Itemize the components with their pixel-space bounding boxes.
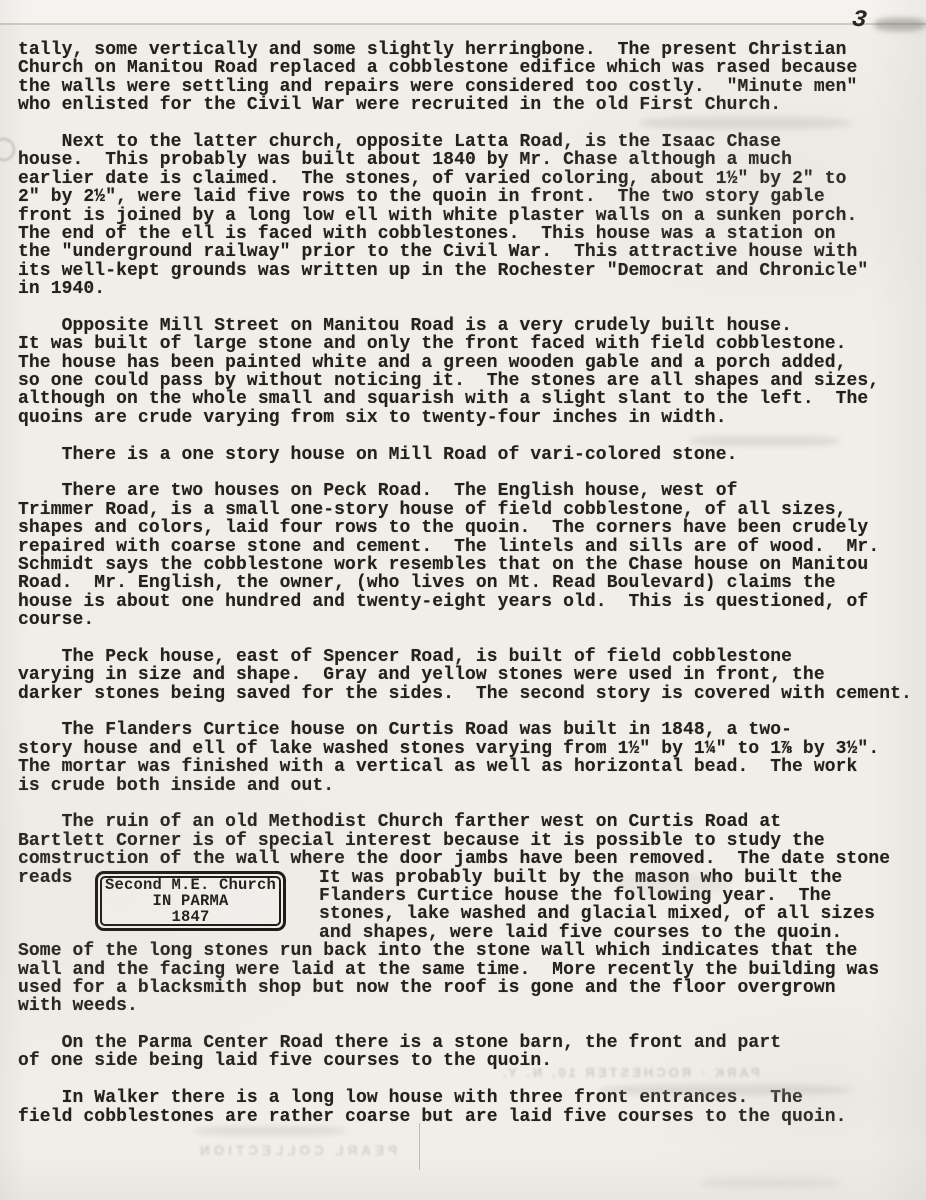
text-line: Road. Mr. English, the owner, (who lives…	[18, 574, 914, 592]
text-line: the "underground railway" prior to the C…	[18, 243, 914, 261]
text-line: house is about one hundred and twenty-ei…	[18, 593, 914, 611]
paragraph: The Flanders Curtice house on Curtis Roa…	[18, 721, 914, 795]
smudge-artifact	[690, 436, 840, 446]
text-line-content: Trimmer Road, is a small one-story house…	[18, 500, 847, 520]
text-line-content: The ruin of an old Methodist Church fart…	[18, 812, 781, 832]
smudge-artifact	[195, 1127, 345, 1135]
text-line-content: Next to the latter church, opposite Latt…	[18, 132, 781, 152]
text-line-content: so one could pass by without noticing it…	[18, 371, 879, 391]
text-line-content: its well-kept grounds was written up in …	[18, 261, 868, 281]
text-line-content: Opposite Mill Street on Manitou Road is …	[18, 316, 792, 336]
text-line: Bartlett Corner is of special interest b…	[18, 832, 914, 850]
text-line: On the Parma Center Road there is a ston…	[18, 1034, 914, 1052]
text-line-content: stones, lake washed and glacial mixed, o…	[319, 904, 875, 924]
text-line: so one could pass by without noticing it…	[18, 372, 914, 390]
text-line-content: The Peck house, east of Spencer Road, is…	[18, 647, 792, 667]
datestone-line-year: 1847	[171, 909, 209, 925]
text-line-content: the "underground railway" prior to the C…	[18, 242, 857, 262]
text-line: Trimmer Road, is a small one-story house…	[18, 501, 914, 519]
bleedthrough-stamp-collection: PEARL COLLECTION	[196, 1143, 397, 1158]
text-line-content: On the Parma Center Road there is a ston…	[18, 1033, 781, 1053]
text-line: Schmidt says the cobblestone work resemb…	[18, 556, 914, 574]
datestone-inscription: Second M.E. Church IN PARMA 1847	[100, 876, 281, 926]
text-line-content: tally, some vertically and some slightly…	[18, 40, 847, 60]
scan-corner-smear	[874, 18, 926, 31]
datestone-box: Second M.E. Church IN PARMA 1847	[95, 871, 286, 931]
text-line-content: It was built of large stone and only the…	[18, 334, 847, 354]
text-line-content: house. This probably was built about 184…	[18, 150, 792, 170]
text-line: The mortar was finished with a vertical …	[18, 758, 914, 776]
text-line-content: and shapes, were laid five courses to th…	[319, 923, 842, 943]
text-line-content: repaired with coarse stone and cement. T…	[18, 537, 879, 557]
text-line-content: wall and the facing were laid at the sam…	[18, 960, 879, 980]
text-line: although on the whole small and squarish…	[18, 390, 914, 408]
text-line: There is a one story house on Mill Road …	[18, 446, 914, 464]
text-line-content: 2" by 2½", were laid five rows to the qu…	[18, 187, 825, 207]
text-line: house. This probably was built about 184…	[18, 151, 914, 169]
text-line-content: who enlisted for the Civil War were recr…	[18, 95, 781, 115]
text-line: There are two houses on Peck Road. The E…	[18, 482, 914, 500]
text-line: Some of the long stones run back into th…	[18, 942, 914, 960]
text-line: its well-kept grounds was written up in …	[18, 262, 914, 280]
text-line-content: There are two houses on Peck Road. The E…	[18, 481, 738, 501]
text-line: tally, some vertically and some slightly…	[18, 41, 914, 59]
text-line-content: field cobblestones are rather coarse but…	[18, 1107, 847, 1127]
text-line: course.	[18, 611, 914, 629]
text-line: Opposite Mill Street on Manitou Road is …	[18, 317, 914, 335]
paragraph: There is a one story house on Mill Road …	[18, 446, 914, 464]
text-line-content: of one side being laid five courses to t…	[18, 1051, 552, 1071]
text-line-content: shapes and colors, laid four rows to the…	[18, 518, 868, 538]
text-line: with weeds.	[18, 997, 914, 1015]
text-line-content: although on the whole small and squarish…	[18, 389, 868, 409]
text-line: Church on Manitou Road replaced a cobble…	[18, 59, 914, 77]
text-line-content: quoins are crude varying from six to twe…	[18, 408, 727, 428]
text-line: story house and ell of lake washed stone…	[18, 740, 914, 758]
scan-top-edge	[0, 0, 926, 25]
text-line-content: house is about one hundred and twenty-ei…	[18, 592, 868, 612]
text-line: used for a blacksmith shop but now the r…	[18, 979, 914, 997]
text-line-content: The house has been painted white and a g…	[18, 353, 847, 373]
text-line: Next to the latter church, opposite Latt…	[18, 133, 914, 151]
text-line: in 1940.	[18, 280, 914, 298]
text-line: the walls were settling and repairs were…	[18, 78, 914, 96]
text-line-content: course.	[18, 610, 94, 630]
datestone-line-place: IN PARMA	[152, 893, 228, 909]
text-line-content: There is a one story house on Mill Road …	[18, 445, 738, 465]
paragraph: Opposite Mill Street on Manitou Road is …	[18, 317, 914, 427]
text-line-content: Some of the long stones run back into th…	[18, 941, 857, 961]
paragraph: Next to the latter church, opposite Latt…	[18, 133, 914, 299]
smudge-artifact	[700, 1178, 840, 1188]
text-line: The ruin of an old Methodist Church fart…	[18, 813, 914, 831]
text-line: comstruction of the wall where the door …	[18, 850, 914, 868]
text-line-content: comstruction of the wall where the door …	[18, 849, 890, 869]
text-line: varying in size and shape. Gray and yell…	[18, 666, 914, 684]
text-line: front is joined by a long low ell with w…	[18, 207, 914, 225]
text-line-content: The end of the ell is faced with cobbles…	[18, 224, 836, 244]
scanned-typewritten-page: { "colors": { "paper": "#f0eee9", "ink":…	[0, 0, 926, 1200]
text-line: The Flanders Curtice house on Curtis Roa…	[18, 721, 914, 739]
text-line: of one side being laid five courses to t…	[18, 1052, 914, 1070]
smudge-artifact	[618, 873, 728, 895]
smudge-artifact	[600, 1085, 850, 1095]
text-line-content: with weeds.	[18, 996, 138, 1016]
text-line: It was built of large stone and only the…	[18, 335, 914, 353]
reads-label: reads	[18, 869, 73, 887]
text-line-content: varying in size and shape. Gray and yell…	[18, 665, 825, 685]
text-line: The end of the ell is faced with cobbles…	[18, 225, 914, 243]
paragraph: There are two houses on Peck Road. The E…	[18, 482, 914, 629]
text-line-content: in 1940.	[18, 279, 105, 299]
paragraph: The Peck house, east of Spencer Road, is…	[18, 648, 914, 703]
page-number: 3	[850, 6, 868, 35]
text-line-content: darker stones being saved for the sides.…	[18, 684, 912, 704]
text-line: quoins are crude varying from six to twe…	[18, 409, 914, 427]
text-line-content: front is joined by a long low ell with w…	[18, 206, 857, 226]
typewritten-text: tally, some vertically and some slightly…	[18, 41, 914, 1144]
datestone-line-church: Second M.E. Church	[105, 877, 276, 893]
text-line: 2" by 2½", were laid five rows to the qu…	[18, 188, 914, 206]
text-line-content: earlier date is claimed. The stones, of …	[18, 169, 847, 189]
smudge-artifact	[640, 117, 850, 129]
scratch-line-artifact	[419, 1123, 420, 1170]
text-line-content: Bartlett Corner is of special interest b…	[18, 831, 825, 851]
text-line-content: Road. Mr. English, the owner, (who lives…	[18, 573, 836, 593]
text-line-content: is crude both inside and out.	[18, 776, 334, 796]
text-line-content: Church on Manitou Road replaced a cobble…	[18, 58, 857, 78]
text-line: darker stones being saved for the sides.…	[18, 685, 914, 703]
text-line: shapes and colors, laid four rows to the…	[18, 519, 914, 537]
text-line-content: The mortar was finished with a vertical …	[18, 757, 857, 777]
text-line-content: The Flanders Curtice house on Curtis Roa…	[18, 720, 792, 740]
text-line: field cobblestones are rather coarse but…	[18, 1108, 914, 1126]
text-line-content: used for a blacksmith shop but now the r…	[18, 978, 836, 998]
text-line: who enlisted for the Civil War were recr…	[18, 96, 914, 114]
text-line-content: Flanders Curtice house the following yea…	[319, 886, 831, 906]
bleedthrough-stamp-rochester: PARK · ROCHESTER 10, N. Y.	[500, 1065, 760, 1080]
text-line-content: story house and ell of lake washed stone…	[18, 739, 879, 759]
text-line: wall and the facing were laid at the sam…	[18, 961, 914, 979]
text-line: is crude both inside and out.	[18, 777, 914, 795]
text-line-content: the walls were settling and repairs were…	[18, 77, 857, 97]
left-margin-mark	[0, 138, 15, 161]
paragraph: On the Parma Center Road there is a ston…	[18, 1034, 914, 1071]
text-line: The Peck house, east of Spencer Road, is…	[18, 648, 914, 666]
text-line: repaired with coarse stone and cement. T…	[18, 538, 914, 556]
paragraph: tally, some vertically and some slightly…	[18, 41, 914, 115]
text-line-content: It was probably built by the mason who b…	[319, 868, 842, 888]
text-line: The house has been painted white and a g…	[18, 354, 914, 372]
text-line-content: Schmidt says the cobblestone work resemb…	[18, 555, 868, 575]
text-line: earlier date is claimed. The stones, of …	[18, 170, 914, 188]
